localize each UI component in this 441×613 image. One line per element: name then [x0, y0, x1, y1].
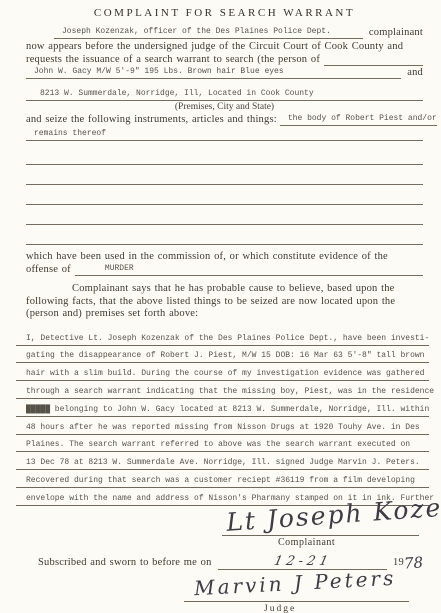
complainant-signature-label: Complainant: [278, 537, 335, 548]
seize-field: the body of Robert Piest and/or: [280, 109, 437, 126]
offense-field: MURDER: [75, 259, 423, 276]
premises-row: 8213 W. Summerdale, Norridge, Ill, Locat…: [26, 88, 423, 101]
seize-label: and seize the following instruments, art…: [26, 113, 277, 126]
offense-row: offense of MURDER: [26, 263, 423, 276]
statement-line-text: gating the disappearance of Robert J. Pi…: [26, 351, 424, 360]
statement-line-text: █████ belonging to John W. Gacy located …: [26, 405, 429, 414]
seize-typed-line2: remains thereof: [26, 127, 106, 140]
search-warrant-complaint-document: COMPLAINT FOR SEARCH WARRANT Joseph Koze…: [0, 0, 441, 613]
blank-ruled-lines: [26, 145, 423, 245]
blank-rule: [26, 165, 423, 185]
appears-text: now appears before the undersigned judge…: [26, 40, 403, 53]
premises-field: 8213 W. Summerdale, Norridge, Ill, Locat…: [26, 84, 423, 101]
statement-line-text: hair with a slim build. During the cours…: [26, 369, 424, 378]
complainant-name-field: Joseph Kozenzak, officer of the Des Plai…: [54, 22, 363, 39]
seize-continuation-row: remains thereof: [26, 126, 423, 141]
blank-rule: [26, 185, 423, 205]
statement-line-text: through a search warrant indicating that…: [26, 387, 434, 396]
statement-line: 48 hours after he was reported missing f…: [16, 417, 429, 435]
blank-rule: [26, 205, 423, 225]
sworn-date-handwriting: 12-21: [272, 555, 332, 569]
judge-signature-rule: [184, 601, 409, 602]
person-description-row: John W. Gacy M/W 5'-9" 195 Lbs. Brown ha…: [26, 66, 423, 79]
statement-line: I, Detective Lt. Joseph Kozenzak of the …: [16, 328, 429, 346]
statement-line: gating the disappearance of Robert J. Pi…: [16, 346, 429, 364]
document-title: COMPLAINT FOR SEARCH WARRANT: [26, 7, 423, 19]
statement-line: Recovered during that search was a custo…: [16, 470, 429, 488]
blank-rule: [26, 225, 423, 245]
complainant-name-row: Joseph Kozenzak, officer of the Des Plai…: [26, 26, 423, 39]
seize-row: and seize the following instruments, art…: [26, 113, 423, 126]
blank-rule: [26, 145, 423, 165]
statement-line: hair with a slim build. During the cours…: [16, 363, 429, 381]
premises-typed: 8213 W. Summerdale, Norridge, Ill, Locat…: [26, 89, 314, 98]
probable-cause-paragraph: Complainant says that he has probable ca…: [26, 283, 423, 321]
judge-signature-handwriting: Marvin J Peters: [194, 565, 397, 600]
year-handwriting: 78: [403, 555, 423, 570]
and-label: and: [407, 66, 423, 79]
complainant-word-label: complainant: [369, 26, 423, 39]
sworn-label: Subscribed and sworn to before me on: [38, 556, 212, 570]
statement-line-text: 48 hours after he was reported missing f…: [26, 423, 420, 432]
statement-line-text: Plaines. The search warrant referred to …: [26, 440, 410, 449]
statement-line-text: 13 Dec 78 at 8213 W. Summerdale Ave. Nor…: [26, 458, 420, 467]
statement-line: █████ belonging to John W. Gacy located …: [16, 399, 429, 417]
statement-line-text: Recovered during that search was a custo…: [26, 476, 415, 485]
person-description-field: John W. Gacy M/W 5'-9" 195 Lbs. Brown ha…: [26, 62, 401, 79]
statement-line: through a search warrant indicating that…: [16, 381, 429, 399]
judge-signature-label: Judge: [264, 604, 296, 613]
statement-line-text: I, Detective Lt. Joseph Kozenzak of the …: [26, 334, 429, 343]
complainant-signature-rule: [222, 535, 419, 536]
offense-typed: MURDER: [75, 264, 134, 273]
appears-line: now appears before the undersigned judge…: [26, 40, 423, 53]
complainant-name-typed: Joseph Kozenzak, officer of the Des Plai…: [54, 27, 331, 36]
seize-typed-line1: the body of Robert Piest and/or: [280, 114, 437, 123]
person-description-typed: John W. Gacy M/W 5'-9" 195 Lbs. Brown ha…: [26, 67, 284, 76]
statement-lines: I, Detective Lt. Joseph Kozenzak of the …: [16, 328, 429, 506]
statement-line: 13 Dec 78 at 8213 W. Summerdale Ave. Nor…: [16, 452, 429, 470]
judge-signature-block: Marvin J Peters Judge: [26, 570, 423, 613]
offense-label: offense of: [26, 263, 71, 276]
statement-line: Plaines. The search warrant referred to …: [16, 435, 429, 453]
complainant-signature-block: Lt Joseph Kozenzak Complainant: [26, 506, 423, 552]
